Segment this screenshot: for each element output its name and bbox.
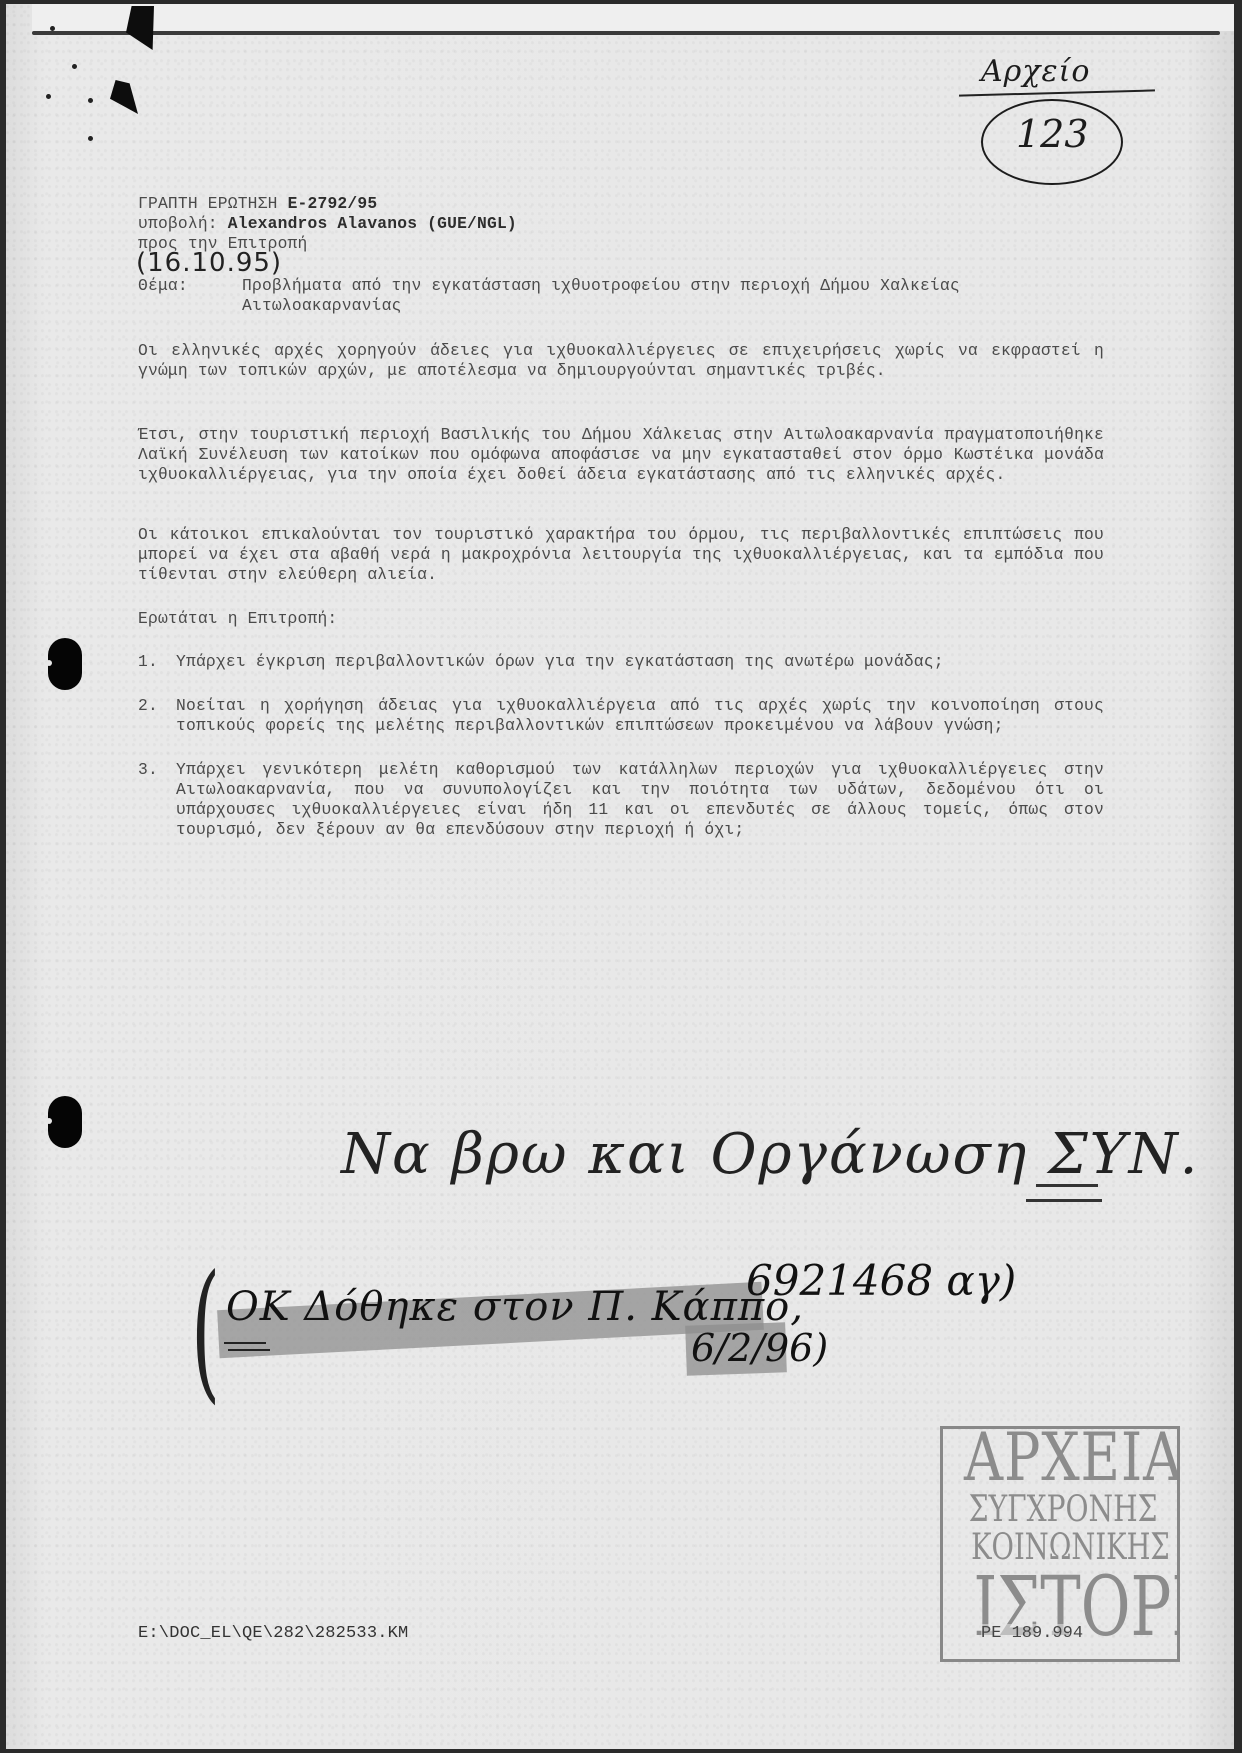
handwritten-date: (16.10.95) bbox=[136, 248, 282, 278]
handwritten-note-date: 6/2/96) bbox=[691, 1326, 828, 1370]
question-number: E-2792/95 bbox=[288, 194, 378, 213]
subject-label: Θέμα: bbox=[138, 276, 188, 296]
top-rule bbox=[32, 31, 1220, 35]
question-header: ΓΡΑΠΤΗ ΕΡΩΤΗΣΗ E-2792/95 υποβολή: Alexan… bbox=[138, 194, 517, 254]
scanned-document-page: Αρχείο 123 ΓΡΑΠΤΗ ΕΡΩΤΗΣΗ E-2792/95 υποβ… bbox=[6, 4, 1234, 1749]
question-intro: Ερωτάται η Επιτροπή: bbox=[138, 609, 337, 629]
note-underline bbox=[1036, 1184, 1098, 1187]
subject-text: Προβλήματα από την εγκατάσταση ιχθυοτροφ… bbox=[242, 276, 1102, 316]
handwritten-note-1: Να βρω και Οργάνωση ΣΥΝ. bbox=[341, 1122, 1199, 1187]
note-underline bbox=[1026, 1199, 1102, 1202]
speck bbox=[72, 64, 77, 69]
handwritten-phone: 6921468 αγ) bbox=[746, 1256, 1016, 1305]
ok-underline bbox=[228, 1349, 270, 1351]
body-paragraph-1: Οι ελληνικές αρχές χορηγούν άδειες για ι… bbox=[138, 341, 1104, 381]
punch-hole bbox=[48, 1096, 82, 1148]
archive-label-handwritten: Αρχείο bbox=[981, 54, 1090, 89]
submitted-by: Alexandros Alavanos (GUE/NGL) bbox=[228, 214, 517, 233]
submitted-by-label: υποβολή: bbox=[138, 214, 218, 233]
document-reference: PE 189.994 bbox=[981, 1624, 1083, 1643]
file-path: E:\DOC_EL\QE\282\282533.KM bbox=[138, 1624, 408, 1644]
question-item: 3. Υπάρχει γενικότερη μελέτη καθορισμού … bbox=[138, 760, 1104, 840]
ok-underline bbox=[224, 1342, 266, 1344]
archive-number-handwritten: 123 bbox=[1016, 112, 1089, 156]
handwritten-note-2: OK Δόθηκε στον Π. Κάππο, bbox=[226, 1284, 804, 1330]
question-title: ΓΡΑΠΤΗ ΕΡΩΤΗΣΗ bbox=[138, 194, 278, 213]
archive-rule bbox=[959, 89, 1155, 96]
scan-top-strip bbox=[32, 4, 1234, 31]
speck bbox=[88, 98, 93, 103]
speck bbox=[88, 136, 93, 141]
submitted-by-line: υποβολή: Alexandros Alavanos (GUE/NGL) bbox=[138, 214, 517, 234]
question-text: Υπάρχει έγκριση περιβαλλοντικών όρων για… bbox=[176, 652, 944, 671]
speck bbox=[46, 94, 51, 99]
question-num: 2. bbox=[138, 696, 158, 716]
question-text: Νοείται η χορήγηση άδειας για ιχθυοκαλλι… bbox=[176, 696, 1104, 735]
question-num: 1. bbox=[138, 652, 158, 672]
body-paragraph-3: Οι κάτοικοι επικαλούνται τον τουριστικό … bbox=[138, 525, 1104, 585]
stamp-line-2: ΣΥΓΧΡΟΝΗΣ bbox=[969, 1491, 1152, 1529]
speck bbox=[50, 26, 55, 31]
stamp-line-1: ΑΡΧΕΙΑ bbox=[964, 1426, 1156, 1491]
punch-hole bbox=[48, 638, 82, 690]
question-text: Υπάρχει γενικότερη μελέτη καθορισμού των… bbox=[176, 760, 1104, 839]
body-paragraph-2: Έτσι, στην τουριστική περιοχή Βασιλικής … bbox=[138, 425, 1104, 485]
open-paren: ( bbox=[191, 1244, 220, 1418]
question-num: 3. bbox=[138, 760, 158, 780]
ink-blot bbox=[110, 80, 138, 114]
question-item: 1. Υπάρχει έγκριση περιβαλλοντικών όρων … bbox=[138, 652, 1104, 672]
question-item: 2. Νοείται η χορήγηση άδειας για ιχθυοκα… bbox=[138, 696, 1104, 736]
question-title-line: ΓΡΑΠΤΗ ΕΡΩΤΗΣΗ E-2792/95 bbox=[138, 194, 517, 214]
questions-list: 1. Υπάρχει έγκριση περιβαλλοντικών όρων … bbox=[138, 652, 1104, 864]
